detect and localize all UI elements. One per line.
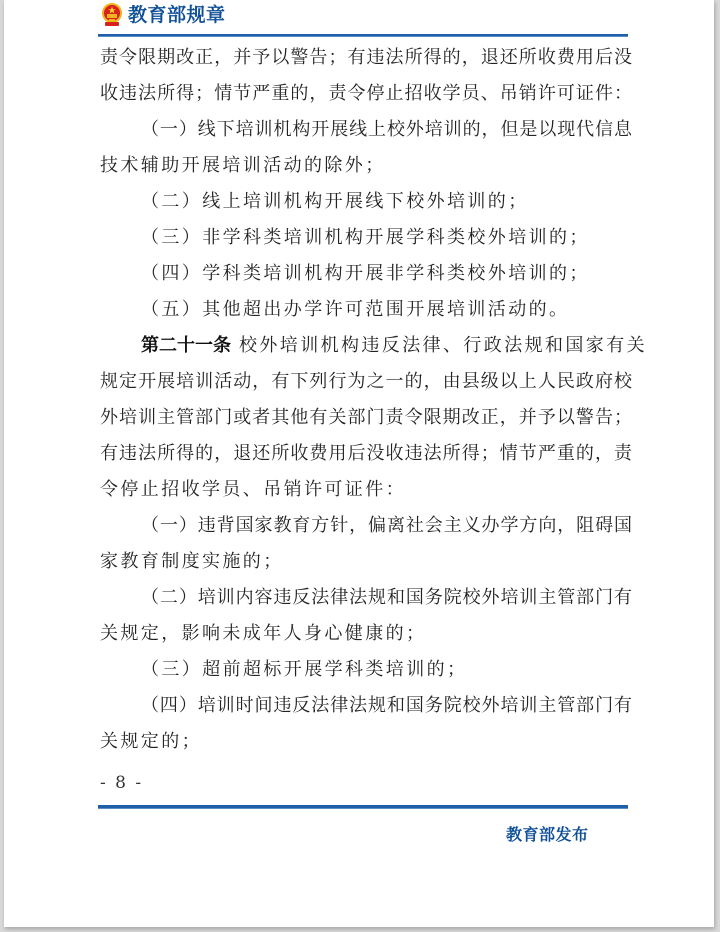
page-number: - 8 -	[100, 773, 143, 793]
list-item: （二）培训内容违反法律法规和国务院校外培训主管部门有	[100, 580, 632, 616]
text-line: 令停止招收学员、吊销许可证件：	[100, 472, 632, 508]
list-item: （三）非学科类培训机构开展学科类校外培训的；	[100, 220, 632, 256]
header-title: 教育部规章	[128, 2, 226, 28]
list-item: （一）线下培训机构开展线上校外培训的，但是以现代信息	[100, 112, 632, 148]
national-emblem-icon	[100, 2, 124, 28]
text-line: 家教育制度实施的；	[100, 544, 632, 580]
article-label: 第二十一条	[141, 335, 231, 356]
header-rule	[98, 34, 628, 37]
text-line: 规定开展培训活动，有下列行为之一的，由县级以上人民政府校	[100, 364, 632, 400]
list-item: （三）超前超标开展学科类培训的；	[100, 652, 632, 688]
list-item: （四）学科类培训机构开展非学科类校外培训的；	[100, 256, 632, 292]
publisher-label: 教育部发布	[506, 822, 589, 845]
list-item: （五）其他超出办学许可范围开展培训活动的。	[100, 292, 632, 328]
article-first-line: 校外培训机构违反法律、行政法规和国家有关	[239, 335, 647, 356]
text-line: 责令限期改正，并予以警告；有违法所得的，退还所收费用后没	[100, 40, 632, 76]
document-body: 责令限期改正，并予以警告；有违法所得的，退还所收费用后没 收违法所得；情节严重的…	[100, 40, 632, 760]
text-line: 有违法所得的，退还所收费用后没收违法所得；情节严重的，责	[100, 436, 632, 472]
footer-rule	[98, 805, 628, 809]
text-line: 外培训主管部门或者其他有关部门责令限期改正，并予以警告；	[100, 400, 632, 436]
list-item: （二）线上培训机构开展线下校外培训的；	[100, 184, 632, 220]
page-header: 教育部规章	[100, 0, 226, 30]
document-page: 教育部规章 责令限期改正，并予以警告；有违法所得的，退还所收费用后没 收违法所得…	[4, 0, 714, 927]
list-item: （四）培训时间违反法律法规和国务院校外培训主管部门有	[100, 688, 632, 724]
list-item: （一）违背国家教育方针，偏离社会主义办学方向，阻碍国	[100, 508, 632, 544]
text-line: 关规定，影响未成年人身心健康的；	[100, 616, 632, 652]
text-line: 关规定的；	[100, 724, 632, 760]
text-line: 收违法所得；情节严重的，责令停止招收学员、吊销许可证件：	[100, 76, 632, 112]
text-line: 技术辅助开展培训活动的除外；	[100, 148, 632, 184]
article-heading-line: 第二十一条校外培训机构违反法律、行政法规和国家有关	[100, 328, 632, 364]
